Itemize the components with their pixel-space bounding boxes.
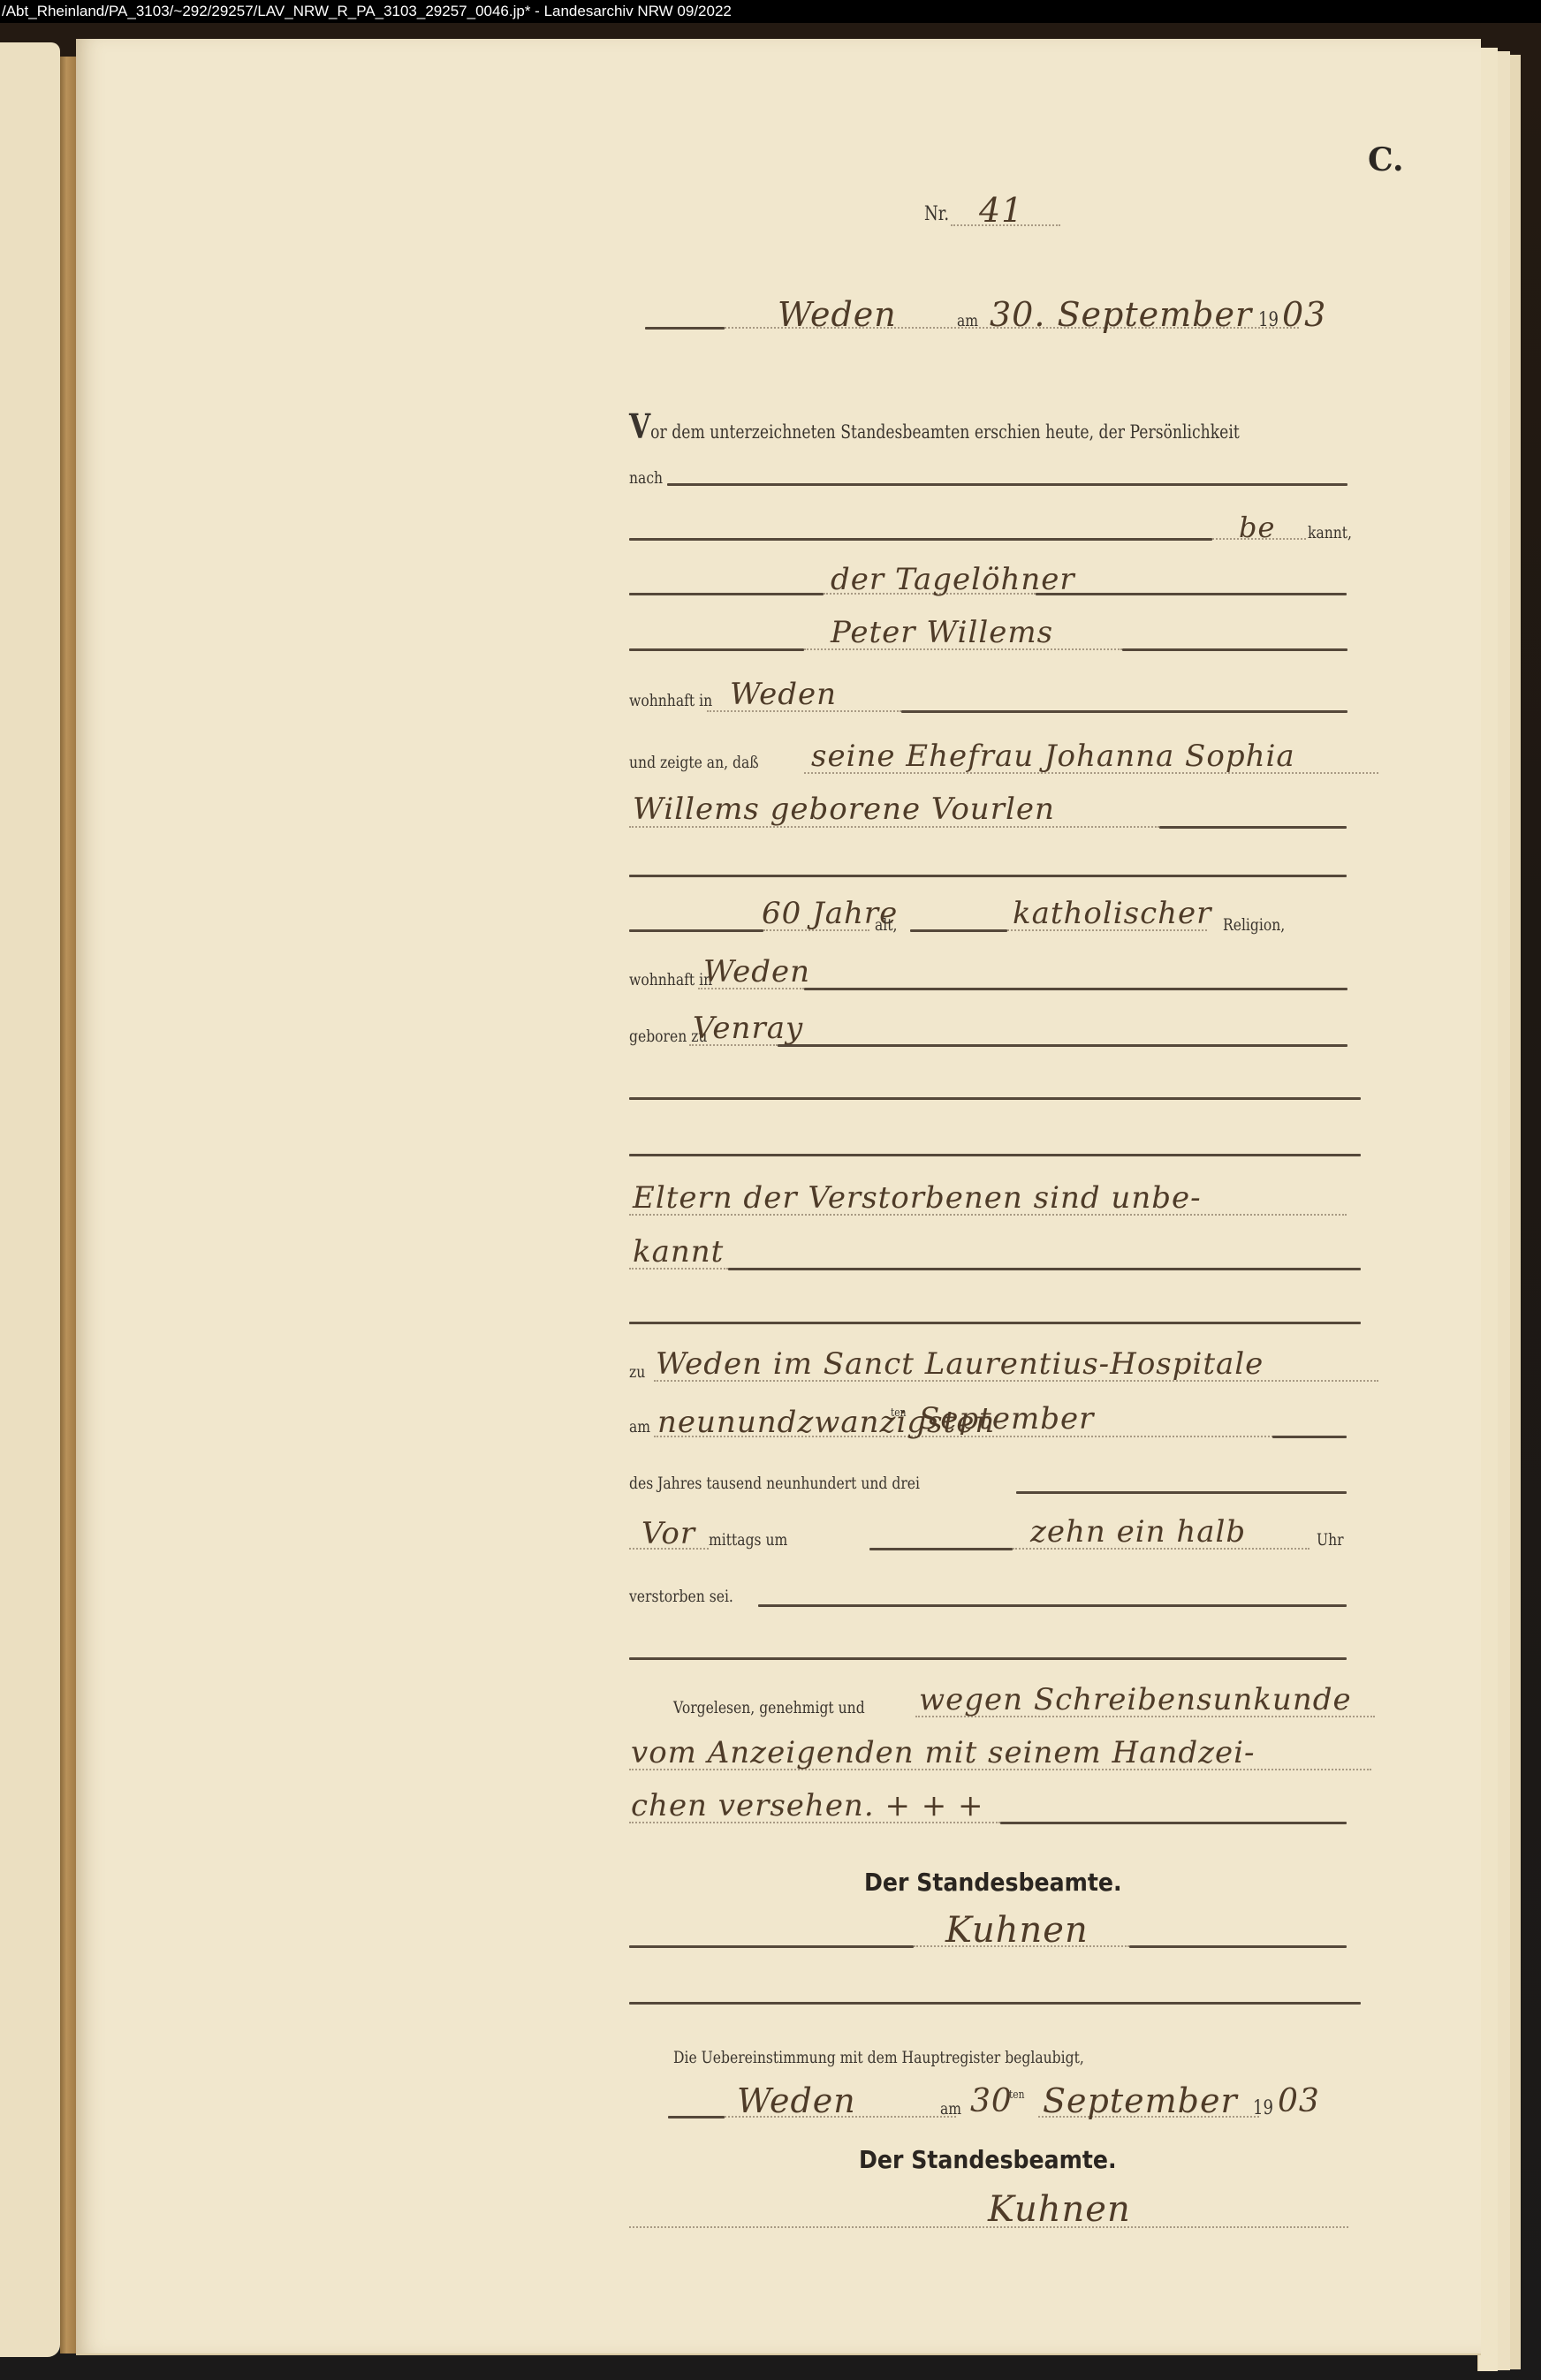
death-am-label: am [629,1417,650,1436]
rule [629,648,804,651]
window-title: /Abt_Rheinland/PA_3103/~292/29257/LAV_NR… [2,3,732,19]
official-signature: Kuhnen [945,1910,1089,1951]
number-label: Nr. [924,203,949,225]
rule [869,1548,1013,1550]
rule [1129,1945,1347,1948]
rule [1016,1491,1347,1494]
death-day-superscript: ten [891,1406,906,1420]
deceased-birthplace: Venray [693,1011,803,1046]
rule [629,538,1212,541]
rule [778,1044,1347,1047]
form-letter: C. [1368,141,1404,178]
rule [758,1604,1347,1607]
read-label: Vorgelesen, genehmigt und [673,1698,865,1717]
rule [629,593,824,595]
rule [1000,1822,1347,1824]
intro-text: Vor dem unterzeichneten Standesbeamten e… [629,406,1240,446]
year-suffix: 03 [1282,295,1326,334]
year-prefix: 19 [1258,309,1279,331]
rule [629,1154,1361,1156]
certification-signature: Kuhnen [988,2189,1131,2230]
certification-am-label: am [940,2099,961,2119]
death-time-of-day: Vor [641,1516,695,1551]
closing-line2: vom Anzeigenden mit seinem Handzei- [631,1735,1256,1770]
certification-official-title: Der Standesbeamte. [859,2145,1117,2174]
rule [901,710,1347,713]
certification-text: Die Uebereinstimmung mit dem Hauptregist… [673,2048,1084,2067]
window-title-bar: /Abt_Rheinland/PA_3103/~292/29257/LAV_NR… [0,0,1541,23]
death-month: September [919,1401,1094,1436]
registration-place: Weden [778,295,897,334]
informant-occupation: der Tagelöhner [831,562,1075,597]
kannt-handwritten: be [1239,511,1275,544]
death-place: Weden im Sanct Laurentius-Hospitale [656,1346,1264,1382]
rule [629,929,763,932]
kannt-label: kannt, [1308,523,1352,542]
official-title: Der Standesbeamte. [864,1868,1122,1897]
deceased-line1: seine Ehefrau Johanna Sophia [811,739,1295,774]
rule [629,875,1347,877]
rule [1122,648,1347,651]
nach-label: nach [629,468,663,488]
rule [629,1097,1361,1100]
rule [804,988,1347,990]
informant-residence: Weden [730,677,837,712]
registration-date: 30. September [990,295,1252,334]
certification-year-prefix: 19 [1253,2097,1273,2119]
death-zu-label: zu [629,1362,645,1382]
rule [667,483,1347,486]
death-time: zehn ein halb [1030,1514,1246,1550]
mittags-label: mittags um [709,1530,787,1550]
am-label: am [957,311,978,330]
intro-initial: V [629,406,650,446]
deceased-residence-label: wohnhaft in [629,970,712,989]
religion-label: Religion, [1223,915,1285,935]
entry-number: 41 [979,191,1023,230]
rule [629,1322,1361,1324]
closing-line1: wegen Schreibensunkunde [919,1682,1352,1717]
intro-sentence: or dem unterzeichneten Standesbeamten er… [650,421,1240,443]
book-gutter [60,57,76,2353]
rule [910,929,1007,932]
certification-place: Weden [737,2081,856,2120]
informant-name: Peter Willems [831,615,1053,650]
certification-day-superscript: ten [1009,2088,1024,2102]
parents-note-line1: Eltern der Verstorbenen sind unbe- [633,1180,1202,1216]
death-year-text: des Jahres tausend neunhundert und drei [629,1474,920,1493]
certification-year-suffix: 03 [1278,2083,1320,2119]
deceased-religion: katholischer [1013,896,1211,931]
verstorben-label: verstorben sei. [629,1587,733,1606]
rule [629,1657,1347,1660]
parents-note-line2: kannt [633,1234,724,1270]
rule [629,1945,914,1948]
uhr-label: Uhr [1317,1530,1344,1550]
deceased-line2: Willems geborene Vourlen [633,792,1055,827]
rule [645,327,725,330]
deceased-intro-label: und zeigte an, daß [629,753,759,772]
rule [1272,1436,1347,1438]
rule [728,1268,1361,1270]
informant-residence-label: wohnhaft in [629,691,712,710]
rule [1159,826,1347,829]
rule [668,2116,725,2119]
alt-label: alt, [875,915,897,935]
rule [629,2002,1361,2005]
certification-month: September [1043,2081,1238,2120]
certification-day: 30 [970,2083,1013,2119]
left-page-edge [0,42,60,2357]
deceased-residence: Weden [703,954,810,989]
rule [1036,593,1347,595]
closing-line3: chen versehen. + + + [631,1788,984,1823]
